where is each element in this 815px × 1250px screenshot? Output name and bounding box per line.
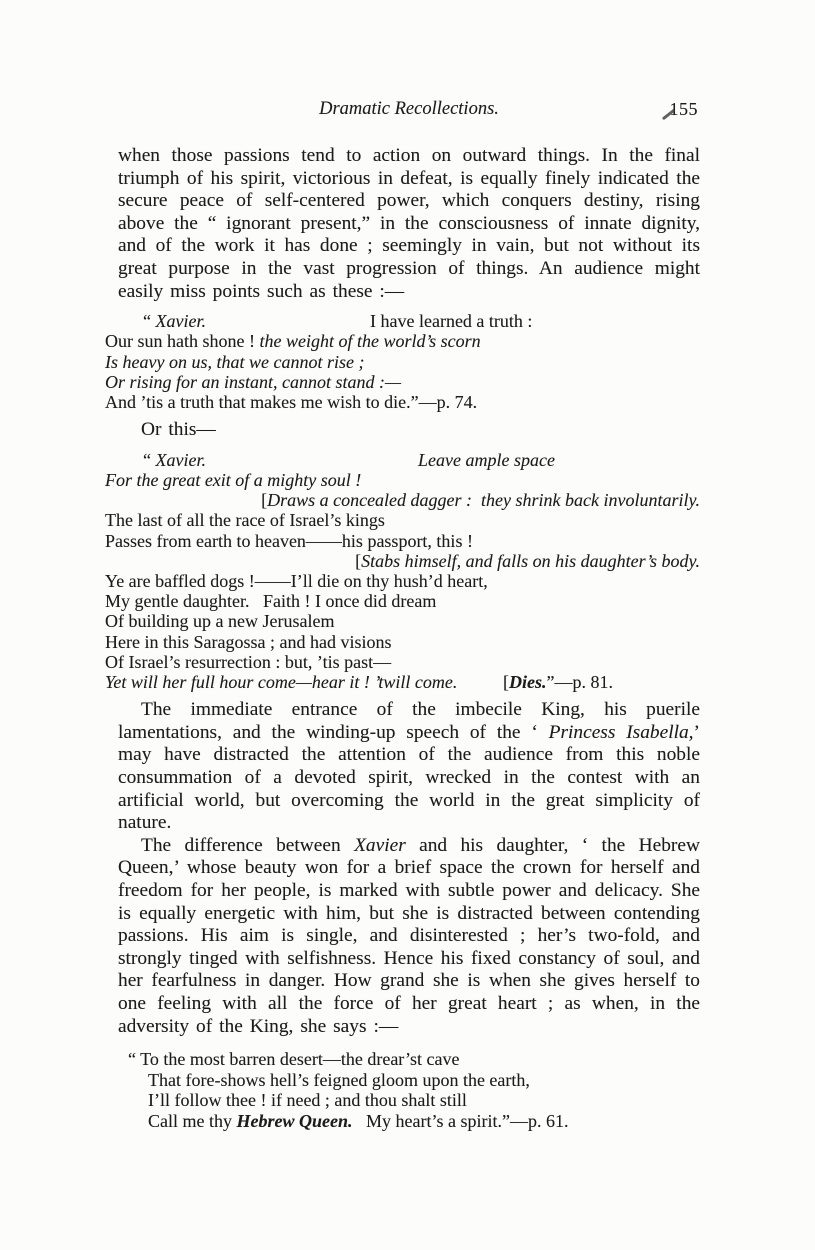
text-segment: Is heavy on us, that we cannot rise ; [105,352,364,372]
text-segment: ”—p. 81. [547,672,614,692]
stage-direction: [Draws a concealed dagger : they shrink … [105,490,700,510]
text-segment: Draws a concealed dagger : they shrink b… [267,490,700,510]
paragraph: The difference between Xavier and his da… [118,835,700,1038]
text-column: Dramatic Recollections. 155 when those p… [118,99,700,1131]
verse-line: “ Xavier.I have learned a truth : [105,311,700,331]
line-right-part: Leave ample space [418,450,555,470]
text-segment: Xavier. [156,311,206,331]
text-segment: Ye are baffled dogs !——I’ll die on thy h… [105,571,488,591]
line-left-part: Yet will her full hour come—hear it ! ’t… [105,672,457,692]
text-segment: “ [143,450,156,470]
page-content: when those passions tend to action on ou… [118,145,700,1131]
quote-line: Call me thy Hebrew Queen. My heart’s a s… [148,1111,700,1132]
text-segment: And ’tis a truth that makes me wish to d… [105,392,477,412]
verse-line: Or rising for an instant, cannot stand :… [105,372,700,392]
verse-line: My gentle daughter. Faith ! I once did d… [105,591,700,611]
text-segment: Call me thy [148,1111,237,1131]
verse-line: Here in this Saragossa ; and had visions [105,632,700,652]
text-segment: My heart’s a spirit.”—p. 61. [353,1111,569,1131]
running-header: Dramatic Recollections. 155 [118,99,700,123]
line-left-part: “ Xavier. [143,450,206,470]
paragraph: The immediate entrance of the imbecile K… [118,699,700,835]
page-title: Dramatic Recollections. [118,99,700,120]
text-segment: Of Israel’s resurrection : but, ’tis pas… [105,652,391,672]
text-segment: “ [143,311,156,331]
paragraph: Or this— [118,419,700,442]
verse-line: And ’tis a truth that makes me wish to d… [105,392,700,412]
text-segment: Hebrew Queen. [237,1111,353,1131]
text-segment: the weight of the world’s scorn [259,331,480,351]
verse-quote: “ Xavier.I have learned a truth :Our sun… [105,311,700,412]
line-right-part: [Dies.”—p. 81. [503,672,613,692]
text-segment: Our sun hath shone ! [105,331,259,351]
verse-line: “ Xavier.Leave ample space [105,450,700,470]
text-segment: My gentle daughter. Faith ! I once did d… [105,591,436,611]
text-segment: Leave ample space [418,450,555,470]
text-segment: Here in this Saragossa ; and had visions [105,632,391,652]
text-segment: The difference between [141,835,354,856]
verse-line: Passes from earth to heaven——his passpor… [105,531,700,551]
line-left-part: “ Xavier. [143,311,206,331]
verse-line: Of Israel’s resurrection : but, ’tis pas… [105,652,700,672]
text-segment: Of building up a new Jerusalem [105,611,334,631]
stage-direction: [Stabs himself, and falls on his daughte… [105,551,700,571]
paragraph: when those passions tend to action on ou… [118,145,700,303]
text-segment: Princess Isabella, [549,722,694,743]
verse-line: Yet will her full hour come—hear it ! ’t… [105,672,700,692]
text-segment: I’ll follow thee ! if need ; and thou sh… [148,1090,467,1110]
text-segment: I have learned a truth : [370,311,532,331]
text-segment: Passes from earth to heaven——his passpor… [105,531,473,551]
text-segment: Xavier [354,835,406,856]
quote-line: “ To the most barren desert—the drear’st… [148,1049,700,1070]
quote-line: I’ll follow thee ! if need ; and thou sh… [148,1090,700,1111]
text-segment: and his daughter, ‘ the Hebrew Queen,’ w… [118,835,700,1037]
inset-quote: “ To the most barren desert—the drear’st… [148,1049,700,1131]
text-segment: “ To the most barren desert—the drear’st… [128,1049,459,1069]
verse-line: The last of all the race of Israel’s kin… [105,510,700,530]
verse-line: For the great exit of a mighty soul ! [105,470,700,490]
text-segment: For the great exit of a mighty soul ! [105,470,361,490]
text-segment: Or this— [141,419,216,440]
line-right-part: I have learned a truth : [370,311,532,331]
text-segment: Dies. [509,672,547,692]
verse-quote: “ Xavier.Leave ample spaceFor the great … [105,450,700,692]
verse-line: Our sun hath shone ! the weight of the w… [105,331,700,351]
text-segment: Xavier. [156,450,206,470]
text-segment: Yet will her full hour come—hear it ! ’t… [105,672,457,692]
verse-line: Ye are baffled dogs !——I’ll die on thy h… [105,571,700,591]
text-segment: when those passions tend to action on ou… [118,145,700,302]
verse-line: Is heavy on us, that we cannot rise ; [105,352,700,372]
text-segment: Stabs himself, and falls on his daughter… [361,551,700,571]
verse-line: Of building up a new Jerusalem [105,611,700,631]
text-segment: The last of all the race of Israel’s kin… [105,510,385,530]
text-segment: That fore-shows hell’s feigned gloom upo… [148,1070,530,1090]
quote-line: That fore-shows hell’s feigned gloom upo… [148,1070,700,1091]
text-segment: Or rising for an instant, cannot stand :… [105,372,401,392]
book-page: Dramatic Recollections. 155 when those p… [0,0,815,1250]
